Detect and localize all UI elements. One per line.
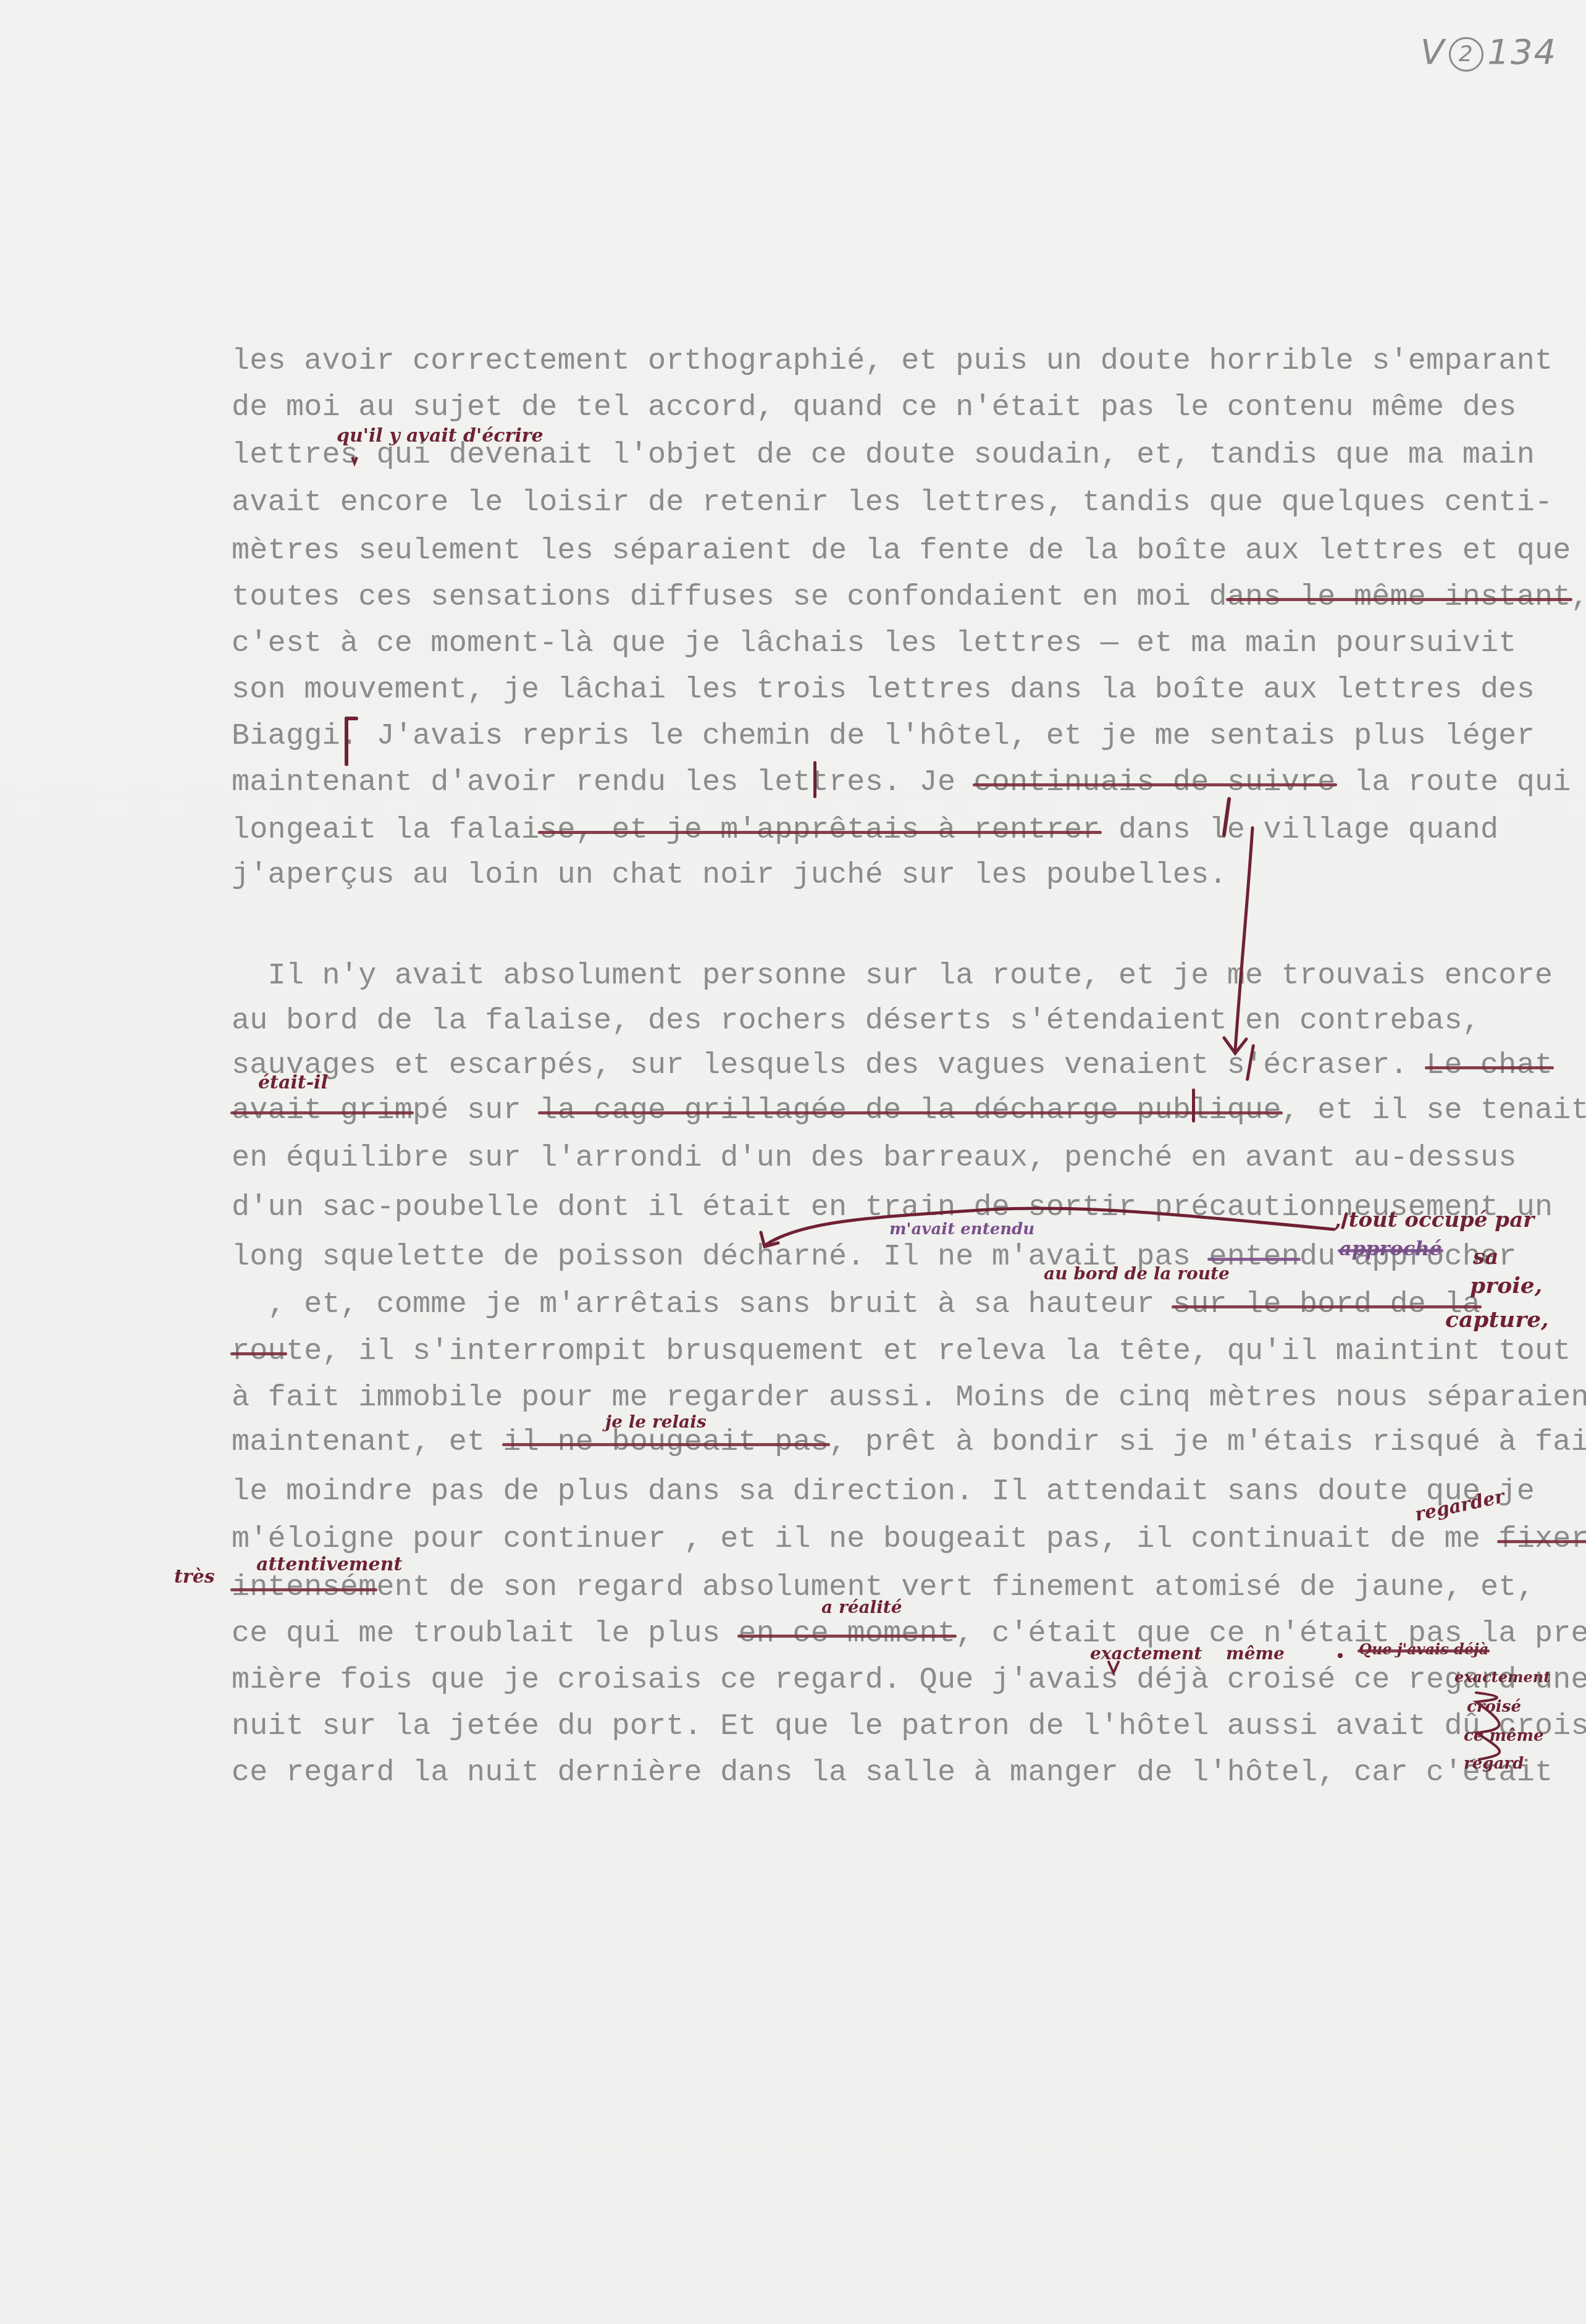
typed-line: c'est à ce moment-là que je lâchais les …	[232, 625, 1517, 662]
text-segment: dans le village quand	[1101, 813, 1499, 847]
typed-line: de moi au sujet de tel accord, quand ce …	[232, 389, 1517, 426]
typed-line: mière fois que je croisais ce regard. Qu…	[232, 1662, 1586, 1699]
struck-text: Le chat	[1426, 1048, 1553, 1082]
text-segment: toutes ces sensations diffuses se confon…	[232, 580, 1227, 614]
typed-line: sauvages et escarpés, sur lesquels des v…	[232, 1047, 1553, 1084]
text-segment: m'éloigne pour continuer , et il ne boug…	[232, 1522, 1498, 1556]
typed-line: j'aperçus au loin un chat noir juché sur…	[232, 857, 1227, 894]
struck-text: se, et je m'apprêtais à rentrer	[539, 813, 1100, 847]
annotation-ce-meme: ce même	[1464, 1727, 1544, 1745]
annotation-tres: très	[174, 1566, 215, 1588]
typed-line: son mouvement, je lâchai les trois lettr…	[232, 672, 1535, 709]
text-segment: te, il s'interrompit brusquement et rele…	[286, 1334, 1571, 1368]
text-segment: maintenant, et	[232, 1425, 503, 1459]
annotation-proie: proie,	[1470, 1273, 1542, 1299]
folio-part: V	[1420, 32, 1445, 72]
annotation-regard: regard	[1464, 1754, 1524, 1773]
text-segment: mière fois que je croisais ce regard. Qu…	[232, 1663, 1586, 1697]
annotation-a-realite: a réalité	[821, 1597, 902, 1617]
folio-number: V2134	[1420, 32, 1557, 72]
annotation-exactement-margin: exactement	[1454, 1668, 1550, 1686]
typed-line: nuit sur la jetée du port. Et que le pat…	[232, 1708, 1586, 1745]
annotation-je-le-relais: je le relais	[605, 1412, 707, 1432]
text-segment: avait encore le loisir de retenir les le…	[232, 486, 1553, 520]
text-segment: au bord de la falaise, des rochers déser…	[232, 1004, 1480, 1038]
text-segment: Biaggi. J'avais repris le chemin de l'hô…	[232, 719, 1535, 753]
text-segment: nuit sur la jetée du port. Et que le pat…	[232, 1709, 1586, 1743]
text-segment: de moi au sujet de tel accord, quand ce …	[232, 390, 1517, 424]
text-segment: , et, comme je m'arrêtais sans bruit à s…	[232, 1287, 1173, 1321]
annotation-que-javais-deja: Que j'avais déjà	[1359, 1640, 1488, 1658]
struck-text: la cage grillagée de la décharge publiqu…	[539, 1093, 1282, 1127]
struck-text: ans le même instant	[1227, 580, 1571, 614]
struck-text: sur le bord de la	[1173, 1287, 1480, 1321]
annotation-exactement: exactement	[1090, 1643, 1202, 1664]
struck-text: continuais de suivre	[974, 765, 1336, 799]
typed-line: avait encore le loisir de retenir les le…	[232, 484, 1553, 521]
text-segment: , et il se tenait	[1282, 1093, 1586, 1127]
text-segment: les avoir correctement orthographié, et …	[232, 344, 1553, 378]
text-segment: son mouvement, je lâchai les trois lettr…	[232, 673, 1535, 707]
text-segment: c'est à ce moment-là que je lâchais les …	[232, 626, 1517, 660]
annotation-attentivement: attentivement	[256, 1554, 402, 1575]
struck-text: rou	[232, 1334, 286, 1368]
text-segment: le moindre pas de plus dans sa direction…	[232, 1475, 1535, 1509]
annotation-meme: même	[1226, 1643, 1285, 1664]
insertion-bar-et-il	[1192, 1088, 1195, 1122]
text-segment: j'aperçus au loin un chat noir juché sur…	[232, 858, 1227, 892]
typed-line: longeait la falaise, et je m'apprêtais à…	[232, 812, 1498, 849]
typed-line: maintenant, et il ne bougeait pas, prêt …	[232, 1424, 1586, 1461]
struck-text: en ce moment	[739, 1617, 956, 1651]
typed-line: le moindre pas de plus dans sa direction…	[232, 1473, 1535, 1510]
annotation-approche-struck: approché	[1339, 1237, 1442, 1260]
text-segment: maintenant d'avoir rendu les lettres. Je	[232, 765, 974, 799]
typed-line: toutes ces sensations diffuses se confon…	[232, 579, 1586, 616]
paragraph-bracket-mark	[345, 717, 348, 766]
text-segment: ce regard la nuit dernière dans la salle…	[232, 1756, 1553, 1790]
annotation-capture: capture,	[1445, 1307, 1549, 1333]
text-segment: à fait immobile pour me regarder aussi. …	[232, 1381, 1586, 1415]
text-segment: ce qui me troublait le plus	[232, 1617, 739, 1651]
text-segment: longeait la falai	[232, 813, 539, 847]
annotation-insert-line3: qu'il y avait d'écrire	[337, 425, 543, 447]
typed-line: en équilibre sur l'arrondi d'un des barr…	[232, 1140, 1517, 1177]
annotation-au-bord-de-la-route: au bord de la route	[1044, 1263, 1230, 1284]
folio-circled-number: 2	[1449, 37, 1483, 72]
text-segment: Il n'y avait absolument personne sur la …	[232, 959, 1553, 993]
struck-text: intensém	[232, 1570, 376, 1604]
typed-line: maintenant d'avoir rendu les lettres. Je…	[232, 764, 1571, 801]
text-segment: mètres seulement les séparaient de la fe…	[232, 534, 1571, 568]
annotation-mavait-entendu: m'avait entendu	[889, 1220, 1034, 1239]
typed-line: au bord de la falaise, des rochers déser…	[232, 1003, 1480, 1040]
struck-text: fixer	[1498, 1522, 1586, 1556]
typed-line: Il n'y avait absolument personne sur la …	[232, 958, 1553, 995]
typed-line: Biaggi. J'avais repris le chemin de l'hô…	[232, 718, 1535, 755]
typed-line: route, il s'interrompit brusquement et r…	[232, 1333, 1571, 1370]
text-segment: ent de son regard absolument vert fineme…	[376, 1570, 1535, 1604]
typed-line: avait grimpé sur la cage grillagée de la…	[232, 1092, 1586, 1129]
insertion-bar-je	[813, 761, 816, 798]
folio-page: 134	[1487, 32, 1557, 72]
text-segment: ,	[1571, 580, 1586, 614]
annotation-sa: sa	[1473, 1245, 1498, 1269]
text-segment: la route qui	[1336, 765, 1571, 799]
annotation-etait-il: était-il	[258, 1072, 328, 1093]
typed-line: m'éloigne pour continuer , et il ne boug…	[232, 1521, 1586, 1558]
typed-line: à fait immobile pour me regarder aussi. …	[232, 1379, 1586, 1417]
typed-line: long squelette de poisson décharné. Il n…	[232, 1239, 1517, 1276]
text-segment: pé sur	[413, 1093, 539, 1127]
manuscript-page: V2134 les avoir correctement orthographi…	[0, 0, 1586, 2324]
annotation-croise: croisé	[1467, 1698, 1521, 1716]
text-segment: , prêt à bondir si je m'étais risqué à f…	[829, 1425, 1586, 1459]
typed-line: , et, comme je m'arrêtais sans bruit à s…	[232, 1286, 1480, 1323]
paragraph-bracket-top	[345, 717, 358, 720]
struck-text: avait grim	[232, 1093, 413, 1127]
annotation-tout-occupe: , tout occupé par	[1334, 1208, 1534, 1232]
typed-line: ce regard la nuit dernière dans la salle…	[232, 1754, 1553, 1791]
typed-line: les avoir correctement orthographié, et …	[232, 343, 1553, 380]
text-segment: en équilibre sur l'arrondi d'un des barr…	[232, 1141, 1517, 1175]
typed-line: mètres seulement les séparaient de la fe…	[232, 533, 1571, 570]
